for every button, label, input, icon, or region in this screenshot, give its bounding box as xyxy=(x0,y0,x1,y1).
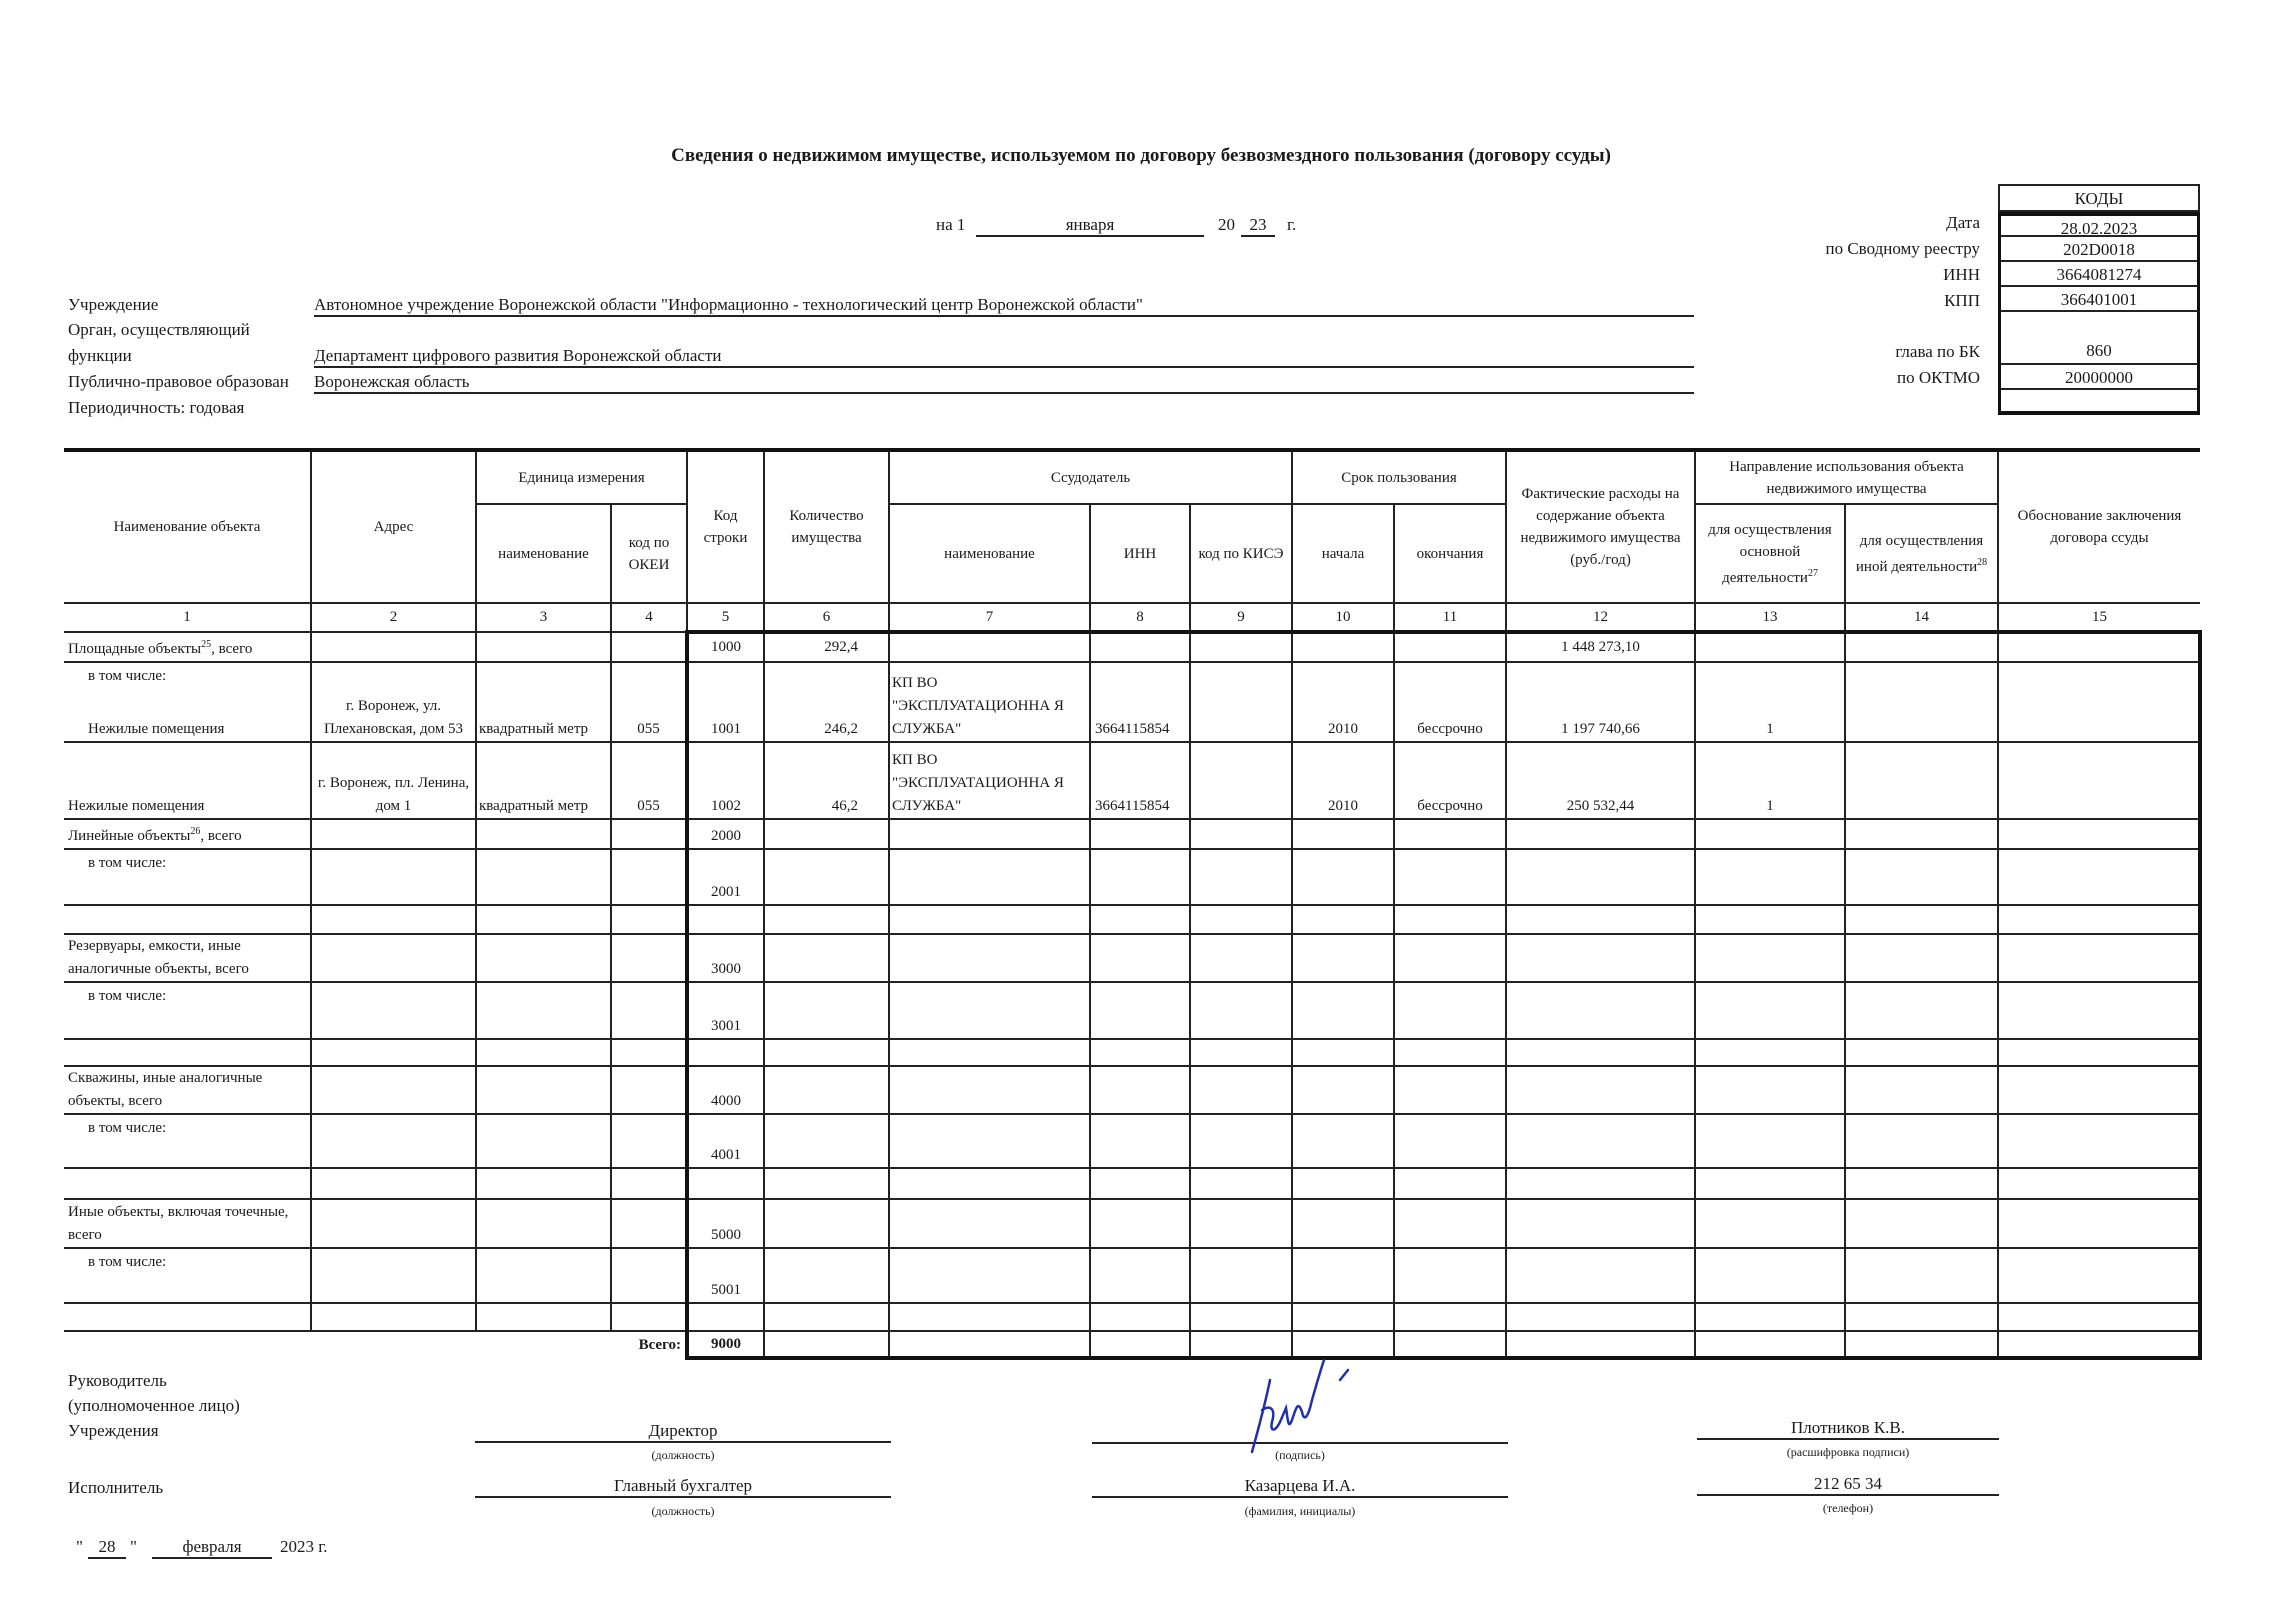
cell-expenses: 1 197 740,66 xyxy=(1506,662,1695,742)
cell-col14 xyxy=(1845,1039,1998,1066)
cell-unit_name xyxy=(476,1168,611,1199)
cell-unit_name xyxy=(476,819,611,849)
including-label: в том числе: xyxy=(88,1251,166,1274)
cell-end xyxy=(1394,1248,1506,1303)
cell-col15 xyxy=(1998,632,2200,662)
cell-col14 xyxy=(1845,1248,1998,1303)
object-name: в том числе: xyxy=(64,982,311,1039)
cell-col14 xyxy=(1845,934,1998,982)
sign-date-year: 2023 г. xyxy=(280,1537,328,1557)
cell-expenses: 1 448 273,10 xyxy=(1506,632,1695,662)
cell-qty: 246,2 xyxy=(764,662,889,742)
cell-end: бессрочно xyxy=(1394,742,1506,819)
col-header-dir-main: для осуществления основной деятельности2… xyxy=(1695,504,1845,603)
object-name: Скважины, иные аналогичные объекты, всег… xyxy=(64,1066,311,1114)
table-row xyxy=(64,1039,2200,1066)
column-number: 15 xyxy=(1998,603,2200,632)
col-header-lender-name: наименование xyxy=(889,504,1090,603)
cell-code: 5001 xyxy=(687,1248,764,1303)
cell-lender_inn xyxy=(1090,1168,1190,1199)
cell-dir_main xyxy=(1695,849,1845,905)
cell-col9 xyxy=(1190,662,1292,742)
cell-col14 xyxy=(1845,662,1998,742)
cell-address xyxy=(311,819,476,849)
col-header-dir-other: для осуществления иной деятельности28 xyxy=(1845,504,1998,603)
cell-lender_inn xyxy=(1090,1199,1190,1248)
table-row xyxy=(64,1168,2200,1199)
cell-col14 xyxy=(1845,742,1998,819)
object-name: Иные объекты, включая точечные, всего xyxy=(64,1199,311,1248)
column-number: 2 xyxy=(311,603,476,632)
property-table: Наименование объекта Адрес Единица измер… xyxy=(64,448,2202,1360)
col-header-unit-name: наименование xyxy=(476,504,611,603)
cell-unit_code xyxy=(611,1114,687,1168)
cell-col14 xyxy=(1845,819,1998,849)
cell-lender_inn xyxy=(1090,632,1190,662)
cell-unit_code xyxy=(611,1066,687,1114)
cell-lender_inn xyxy=(1090,1248,1190,1303)
cell-address xyxy=(311,632,476,662)
executor-position: Главный бухгалтер xyxy=(475,1476,891,1498)
cell-unit_name xyxy=(476,1248,611,1303)
cell-end xyxy=(1394,982,1506,1039)
cell-end xyxy=(1394,819,1506,849)
cell-address xyxy=(311,1303,476,1331)
date-year: 23 xyxy=(1241,215,1275,237)
cell-end xyxy=(1394,1199,1506,1248)
cell-col9 xyxy=(1190,849,1292,905)
cell-expenses xyxy=(1506,1066,1695,1114)
cell-qty: 46,2 xyxy=(764,742,889,819)
cell-lender_name: КП ВО "ЭКСПЛУАТАЦИОННА Я СЛУЖБА" xyxy=(889,742,1090,819)
sign-date-month: февраля xyxy=(152,1537,272,1559)
column-number: 14 xyxy=(1845,603,1998,632)
cell-dir_main xyxy=(1695,905,1845,934)
cell-col15 xyxy=(1998,934,2200,982)
signature-icon xyxy=(1240,1350,1420,1460)
date-prefix: на 1 xyxy=(936,215,965,235)
cell-unit_name xyxy=(476,1066,611,1114)
col-header-quantity: Количество имущества xyxy=(764,450,889,603)
cell-code xyxy=(687,1168,764,1199)
cell-unit_name xyxy=(476,934,611,982)
cell-lender_name xyxy=(889,1248,1090,1303)
cell-col14 xyxy=(1845,982,1998,1039)
cell-unit_code xyxy=(611,1039,687,1066)
table-row: в том числе:2001 xyxy=(64,849,2200,905)
date-month: января xyxy=(976,215,1204,237)
cell-unit_name xyxy=(476,982,611,1039)
cell-lender_name xyxy=(889,1199,1090,1248)
table-row: в том числе:3001 xyxy=(64,982,2200,1039)
cell-qty xyxy=(764,982,889,1039)
date-quote-open: " xyxy=(76,1537,83,1557)
cell-expenses xyxy=(1506,1039,1695,1066)
table-row xyxy=(64,1303,2200,1331)
executor-name-caption: (фамилия, инициалы) xyxy=(1092,1504,1508,1519)
cell-unit_code xyxy=(611,982,687,1039)
cell-start xyxy=(1292,982,1394,1039)
col-header-lender: Ссудодатель xyxy=(889,450,1292,504)
cell-qty xyxy=(764,1114,889,1168)
table-row: Линейные объекты26, всего2000 xyxy=(64,819,2200,849)
cell-dir_main xyxy=(1695,1039,1845,1066)
cell-qty xyxy=(764,1066,889,1114)
cell-col9 xyxy=(1190,934,1292,982)
col-header-direction: Направление использования объекта недвиж… xyxy=(1695,450,1998,504)
cell-lender_inn xyxy=(1090,1039,1190,1066)
cell-expenses: 250 532,44 xyxy=(1506,742,1695,819)
cell-lender_name xyxy=(889,905,1090,934)
cell-start xyxy=(1292,1168,1394,1199)
document-title: Сведения о недвижимом имуществе, использ… xyxy=(0,145,2282,167)
cell-start xyxy=(1292,632,1394,662)
object-name: Линейные объекты26, всего xyxy=(64,819,311,849)
total-cell xyxy=(1845,1331,1998,1358)
cell-end xyxy=(1394,1114,1506,1168)
date-quote-close: " xyxy=(130,1537,137,1557)
cell-expenses xyxy=(1506,982,1695,1039)
cell-start xyxy=(1292,1114,1394,1168)
cell-lender_inn xyxy=(1090,1303,1190,1331)
table-row: Резервуары, емкости, иные аналогичные об… xyxy=(64,934,2200,982)
cell-lender_inn: 3664115854 xyxy=(1090,662,1190,742)
table-row: Скважины, иные аналогичные объекты, всег… xyxy=(64,1066,2200,1114)
cell-unit_code xyxy=(611,905,687,934)
including-label: в том числе: xyxy=(88,852,166,875)
column-number: 6 xyxy=(764,603,889,632)
public-entity-value: Воронежская область xyxy=(314,372,1694,394)
cell-lender_inn xyxy=(1090,1066,1190,1114)
cell-lender_inn xyxy=(1090,819,1190,849)
sign-date-day: 28 xyxy=(88,1537,126,1559)
cell-expenses xyxy=(1506,1248,1695,1303)
table-row: в том числе:Нежилые помещенияг. Воронеж,… xyxy=(64,662,2200,742)
object-name xyxy=(64,1303,311,1331)
object-name: Резервуары, емкости, иные аналогичные об… xyxy=(64,934,311,982)
organ-value: Департамент цифрового развития Воронежск… xyxy=(314,346,1694,368)
institution-value: Автономное учреждение Воронежской област… xyxy=(314,295,1694,317)
cell-col15 xyxy=(1998,1248,2200,1303)
table-row: Нежилые помещенияг. Воронеж, пл. Ленина,… xyxy=(64,742,2200,819)
cell-start xyxy=(1292,1199,1394,1248)
cell-lender_inn: 3664115854 xyxy=(1090,742,1190,819)
head-label-1: Руководитель xyxy=(68,1371,167,1391)
cell-dir_main xyxy=(1695,1168,1845,1199)
cell-unit_name: квадратный метр xyxy=(476,662,611,742)
col-header-basis: Обоснование заключения договора ссуды xyxy=(1998,450,2200,603)
cell-start xyxy=(1292,1303,1394,1331)
cell-dir_main xyxy=(1695,934,1845,982)
cell-unit_name xyxy=(476,1039,611,1066)
executor-label: Исполнитель xyxy=(68,1478,163,1498)
cell-start xyxy=(1292,1248,1394,1303)
column-number: 4 xyxy=(611,603,687,632)
cell-col9 xyxy=(1190,1168,1292,1199)
cell-col14 xyxy=(1845,905,1998,934)
cell-code: 1001 xyxy=(687,662,764,742)
cell-qty xyxy=(764,849,889,905)
date-suffix: г. xyxy=(1287,215,1296,235)
table-row: в том числе:4001 xyxy=(64,1114,2200,1168)
cell-dir_main xyxy=(1695,1114,1845,1168)
including-label: в том числе: xyxy=(88,1117,166,1140)
cell-col15 xyxy=(1998,982,2200,1039)
cell-col14 xyxy=(1845,849,1998,905)
cell-dir_main: 1 xyxy=(1695,662,1845,742)
cell-col14 xyxy=(1845,632,1998,662)
cell-col14 xyxy=(1845,1114,1998,1168)
col-header-expenses: Фактические расходы на содержание объект… xyxy=(1506,450,1695,603)
col-header-term-end: окончания xyxy=(1394,504,1506,603)
column-number: 11 xyxy=(1394,603,1506,632)
total-row: Всего:9000 xyxy=(64,1331,2200,1358)
cell-start xyxy=(1292,905,1394,934)
cell-lender_name xyxy=(889,819,1090,849)
cell-expenses xyxy=(1506,1168,1695,1199)
cell-end xyxy=(1394,934,1506,982)
institution-label: Учреждение xyxy=(68,295,158,315)
cell-qty xyxy=(764,1039,889,1066)
cell-dir_main xyxy=(1695,982,1845,1039)
organ-label-1: Орган, осуществляющий xyxy=(68,320,250,340)
cell-expenses xyxy=(1506,849,1695,905)
cell-address xyxy=(311,1199,476,1248)
cell-col14 xyxy=(1845,1199,1998,1248)
cell-end xyxy=(1394,1303,1506,1331)
cell-expenses xyxy=(1506,934,1695,982)
col-header-name: Наименование объекта xyxy=(64,450,311,603)
cell-address: г. Воронеж, ул. Плехановская, дом 53 xyxy=(311,662,476,742)
cell-end: бессрочно xyxy=(1394,662,1506,742)
cell-col9 xyxy=(1190,1114,1292,1168)
code-inn: 3664081274 xyxy=(1998,262,2200,287)
cell-col15 xyxy=(1998,1066,2200,1114)
cell-lender_inn xyxy=(1090,1114,1190,1168)
cell-qty xyxy=(764,819,889,849)
cell-col9 xyxy=(1190,742,1292,819)
total-cell xyxy=(1695,1331,1845,1358)
codes-box: КОДЫ 28.02.2023 202D0018 3664081274 3664… xyxy=(1998,184,2200,415)
cell-col15 xyxy=(1998,1114,2200,1168)
code-label-bk: глава по БК xyxy=(1700,342,1980,362)
cell-expenses xyxy=(1506,819,1695,849)
cell-start xyxy=(1292,819,1394,849)
cell-unit_code xyxy=(611,849,687,905)
cell-unit_code: 055 xyxy=(611,742,687,819)
cell-col9 xyxy=(1190,982,1292,1039)
cell-lender_name xyxy=(889,632,1090,662)
cell-code: 3000 xyxy=(687,934,764,982)
cell-start xyxy=(1292,934,1394,982)
cell-dir_main xyxy=(1695,1248,1845,1303)
col-header-unit-code: код по ОКЕИ xyxy=(611,504,687,603)
cell-qty: 292,4 xyxy=(764,632,889,662)
cell-lender_name xyxy=(889,1303,1090,1331)
cell-end xyxy=(1394,1168,1506,1199)
organ-label-2: функции xyxy=(68,346,132,366)
cell-unit_name xyxy=(476,1114,611,1168)
cell-unit_code xyxy=(611,1168,687,1199)
cell-code: 2001 xyxy=(687,849,764,905)
cell-col9 xyxy=(1190,1039,1292,1066)
cell-lender_name xyxy=(889,1039,1090,1066)
head-name-caption: (расшифровка подписи) xyxy=(1697,1445,1999,1460)
cell-lender_inn xyxy=(1090,982,1190,1039)
cell-unit_code xyxy=(611,1303,687,1331)
table-row: в том числе:5001 xyxy=(64,1248,2200,1303)
total-label: Всего: xyxy=(64,1331,687,1358)
code-kpp: 366401001 xyxy=(1998,287,2200,312)
cell-code: 4001 xyxy=(687,1114,764,1168)
cell-address xyxy=(311,1066,476,1114)
cell-code xyxy=(687,905,764,934)
code-registry: 202D0018 xyxy=(1998,237,2200,262)
cell-lender_name xyxy=(889,1066,1090,1114)
cell-col14 xyxy=(1845,1168,1998,1199)
code-date: 28.02.2023 xyxy=(1998,212,2200,237)
code-empty xyxy=(1998,390,2200,415)
cell-lender_name xyxy=(889,849,1090,905)
column-number: 9 xyxy=(1190,603,1292,632)
cell-unit_name xyxy=(476,1199,611,1248)
cell-address xyxy=(311,982,476,1039)
cell-dir_main xyxy=(1695,819,1845,849)
executor-phone: 212 65 34 xyxy=(1697,1474,1999,1496)
cell-code: 5000 xyxy=(687,1199,764,1248)
periodicity: Периодичность: годовая xyxy=(68,398,244,418)
cell-expenses xyxy=(1506,1303,1695,1331)
cell-col15 xyxy=(1998,819,2200,849)
column-number: 12 xyxy=(1506,603,1695,632)
cell-col15 xyxy=(1998,1303,2200,1331)
head-label-3: Учреждения xyxy=(68,1421,159,1441)
cell-code: 1002 xyxy=(687,742,764,819)
col-header-row-code: Код строки xyxy=(687,450,764,603)
cell-col15 xyxy=(1998,849,2200,905)
object-name: Нежилые помещения xyxy=(64,742,311,819)
table-row: Иные объекты, включая точечные, всего500… xyxy=(64,1199,2200,1248)
cell-qty xyxy=(764,905,889,934)
table-row xyxy=(64,905,2200,934)
cell-end xyxy=(1394,849,1506,905)
including-label: в том числе: xyxy=(88,665,166,688)
cell-lender_name xyxy=(889,982,1090,1039)
cell-end xyxy=(1394,1039,1506,1066)
column-number: 3 xyxy=(476,603,611,632)
cell-lender_name: КП ВО "ЭКСПЛУАТАЦИОННА Я СЛУЖБА" xyxy=(889,662,1090,742)
cell-unit_code xyxy=(611,632,687,662)
cell-unit_code xyxy=(611,1199,687,1248)
cell-end xyxy=(1394,632,1506,662)
cell-start: 2010 xyxy=(1292,662,1394,742)
code-bk: 860 xyxy=(1998,312,2200,365)
phone-caption: (телефон) xyxy=(1697,1501,1999,1516)
cell-col9 xyxy=(1190,1199,1292,1248)
cell-dir_main xyxy=(1695,1199,1845,1248)
cell-expenses xyxy=(1506,1199,1695,1248)
column-number: 1 xyxy=(64,603,311,632)
head-position: Директор xyxy=(475,1421,891,1443)
cell-expenses xyxy=(1506,905,1695,934)
cell-code xyxy=(687,1039,764,1066)
cell-unit_name xyxy=(476,632,611,662)
cell-lender_name xyxy=(889,934,1090,982)
cell-lender_name xyxy=(889,1114,1090,1168)
date-year-prefix: 20 xyxy=(1218,215,1235,235)
object-name xyxy=(64,1168,311,1199)
cell-address xyxy=(311,1248,476,1303)
code-label-kpp: КПП xyxy=(1700,291,1980,311)
cell-unit_name xyxy=(476,1303,611,1331)
col-header-term-start: начала xyxy=(1292,504,1394,603)
cell-address xyxy=(311,934,476,982)
cell-qty xyxy=(764,1199,889,1248)
object-name: в том числе:Нежилые помещения xyxy=(64,662,311,742)
column-numbers-row: 123456789101112131415 xyxy=(64,603,2200,632)
codes-header: КОДЫ xyxy=(1998,184,2200,212)
table-row: Площадные объекты25, всего1000292,41 448… xyxy=(64,632,2200,662)
cell-qty xyxy=(764,1303,889,1331)
cell-lender_name xyxy=(889,1168,1090,1199)
cell-dir_main xyxy=(1695,632,1845,662)
cell-address xyxy=(311,849,476,905)
cell-code: 2000 xyxy=(687,819,764,849)
cell-unit_code xyxy=(611,934,687,982)
head-position-caption: (должность) xyxy=(475,1448,891,1463)
cell-dir_main: 1 xyxy=(1695,742,1845,819)
cell-dir_main xyxy=(1695,1303,1845,1331)
object-name: в том числе: xyxy=(64,1248,311,1303)
cell-start xyxy=(1292,1039,1394,1066)
head-name: Плотников К.В. xyxy=(1697,1418,1999,1440)
cell-col9 xyxy=(1190,632,1292,662)
column-number: 8 xyxy=(1090,603,1190,632)
cell-col15 xyxy=(1998,1199,2200,1248)
cell-col15 xyxy=(1998,662,2200,742)
cell-qty xyxy=(764,1168,889,1199)
cell-qty xyxy=(764,1248,889,1303)
cell-address xyxy=(311,1039,476,1066)
cell-unit_code xyxy=(611,1248,687,1303)
cell-code: 4000 xyxy=(687,1066,764,1114)
cell-end xyxy=(1394,1066,1506,1114)
col-header-lender-inn: ИНН xyxy=(1090,504,1190,603)
cell-col9 xyxy=(1190,1303,1292,1331)
cell-start xyxy=(1292,1066,1394,1114)
code-label-date: Дата xyxy=(1700,213,1980,233)
col-header-unit: Единица измерения xyxy=(476,450,687,504)
cell-col15 xyxy=(1998,1039,2200,1066)
cell-dir_main xyxy=(1695,1066,1845,1114)
cell-code xyxy=(687,1303,764,1331)
cell-col15 xyxy=(1998,742,2200,819)
cell-col9 xyxy=(1190,1066,1292,1114)
column-number: 5 xyxy=(687,603,764,632)
total-cell xyxy=(764,1331,889,1358)
executor-position-caption: (должность) xyxy=(475,1504,891,1519)
cell-end xyxy=(1394,905,1506,934)
cell-unit_name xyxy=(476,849,611,905)
cell-unit_code xyxy=(611,819,687,849)
public-entity-label: Публично-правовое образован xyxy=(68,372,289,392)
code-oktmo: 20000000 xyxy=(1998,365,2200,390)
col-header-lender-kise: код по КИСЭ xyxy=(1190,504,1292,603)
total-code: 9000 xyxy=(687,1331,764,1358)
col-header-address: Адрес xyxy=(311,450,476,603)
object-name: в том числе: xyxy=(64,1114,311,1168)
cell-address xyxy=(311,905,476,934)
